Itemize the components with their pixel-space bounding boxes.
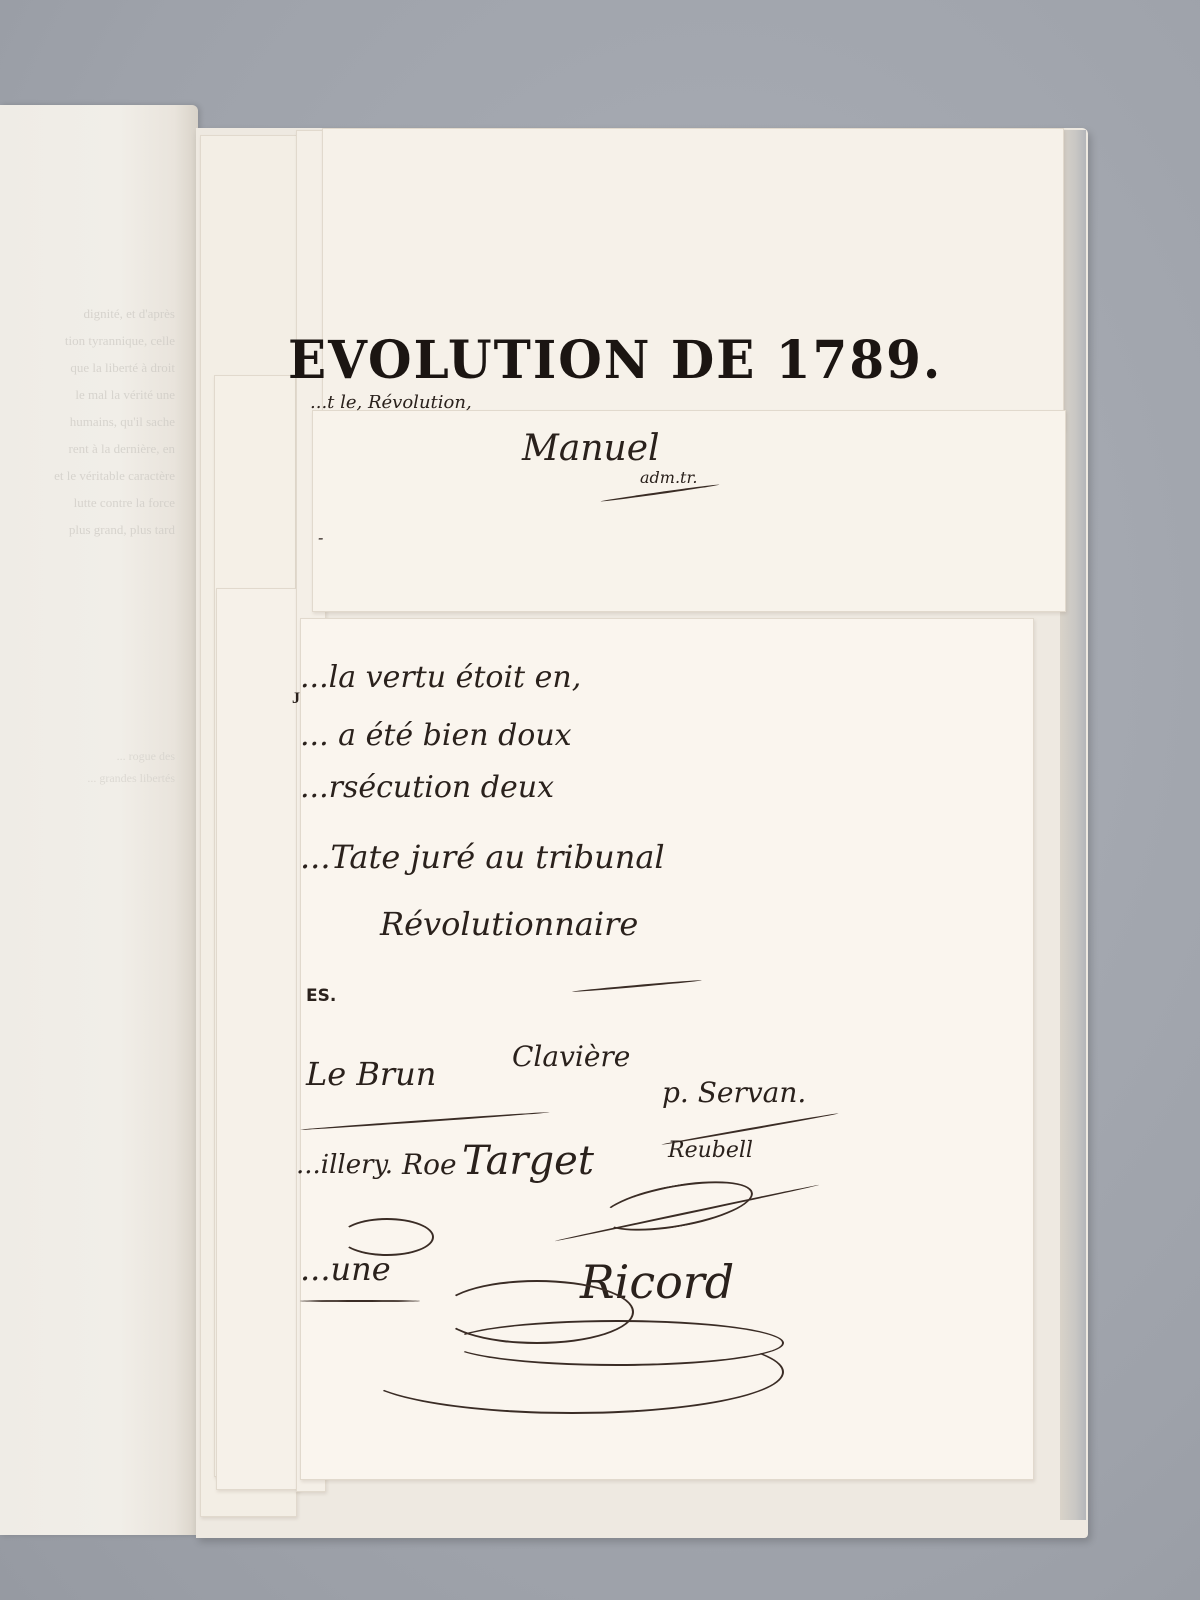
faded-line: lutte contre la force: [0, 489, 175, 516]
handwritten-line-1: ...la vertu étoit en,: [300, 660, 581, 695]
faded-line: rent à la dernière, en: [0, 435, 175, 462]
faded-line: le mal la vérité une: [0, 381, 175, 408]
middle-leaf: [312, 410, 1066, 612]
faded-line: plus grand, plus tard: [0, 516, 175, 543]
faded-line: tion tyrannique, celle: [0, 327, 175, 354]
signature-servan: p. Servan.: [662, 1076, 806, 1109]
faded-line: dignité, et d'après: [0, 300, 175, 327]
signature-claviere: Clavière: [512, 1040, 630, 1073]
partial-handwritten-line: ...t le, Révolution,: [310, 392, 472, 413]
handwritten-line-2: ... a été bien doux: [300, 718, 572, 753]
printed-fragment: ES.: [306, 986, 336, 1006]
left-page-faded-text-lower: ... rogue des ... grandes libertés: [0, 745, 175, 789]
signature-illery: ...illery.: [296, 1150, 393, 1180]
fragment-mark: -: [318, 528, 323, 547]
faded-line: que la liberté à droit: [0, 354, 175, 381]
margin-fragment: J: [292, 690, 300, 708]
signature-une: ...une: [300, 1250, 391, 1288]
faded-line: ... grandes libertés: [0, 767, 175, 789]
handwritten-line-5: Révolutionnaire: [380, 905, 638, 943]
back-leaf-3: [216, 588, 300, 1490]
title-heading: EVOLUTION DE 1789.: [288, 329, 942, 391]
handwritten-line-4: ...Tate juré au tribunal: [300, 838, 665, 876]
signature-reubell: Reubell: [668, 1138, 753, 1163]
signature-roe: Roe: [402, 1148, 457, 1181]
left-page-faded-text: dignité, et d'après tion tyrannique, cel…: [0, 300, 175, 543]
faded-line: et le véritable caractère: [0, 462, 175, 489]
faded-line: ... rogue des: [0, 745, 175, 767]
signature-loop: [360, 1330, 784, 1414]
faded-line: humains, qu'il sache: [0, 408, 175, 435]
signature-lebrun: Le Brun: [306, 1055, 436, 1093]
signature-suffix: adm.tr.: [640, 468, 697, 487]
signature-target: Target: [462, 1138, 594, 1184]
signature-manuel: Manuel: [522, 428, 660, 469]
signature-underline: [300, 1300, 420, 1302]
handwritten-line-3: ...rsécution deux: [300, 770, 554, 805]
